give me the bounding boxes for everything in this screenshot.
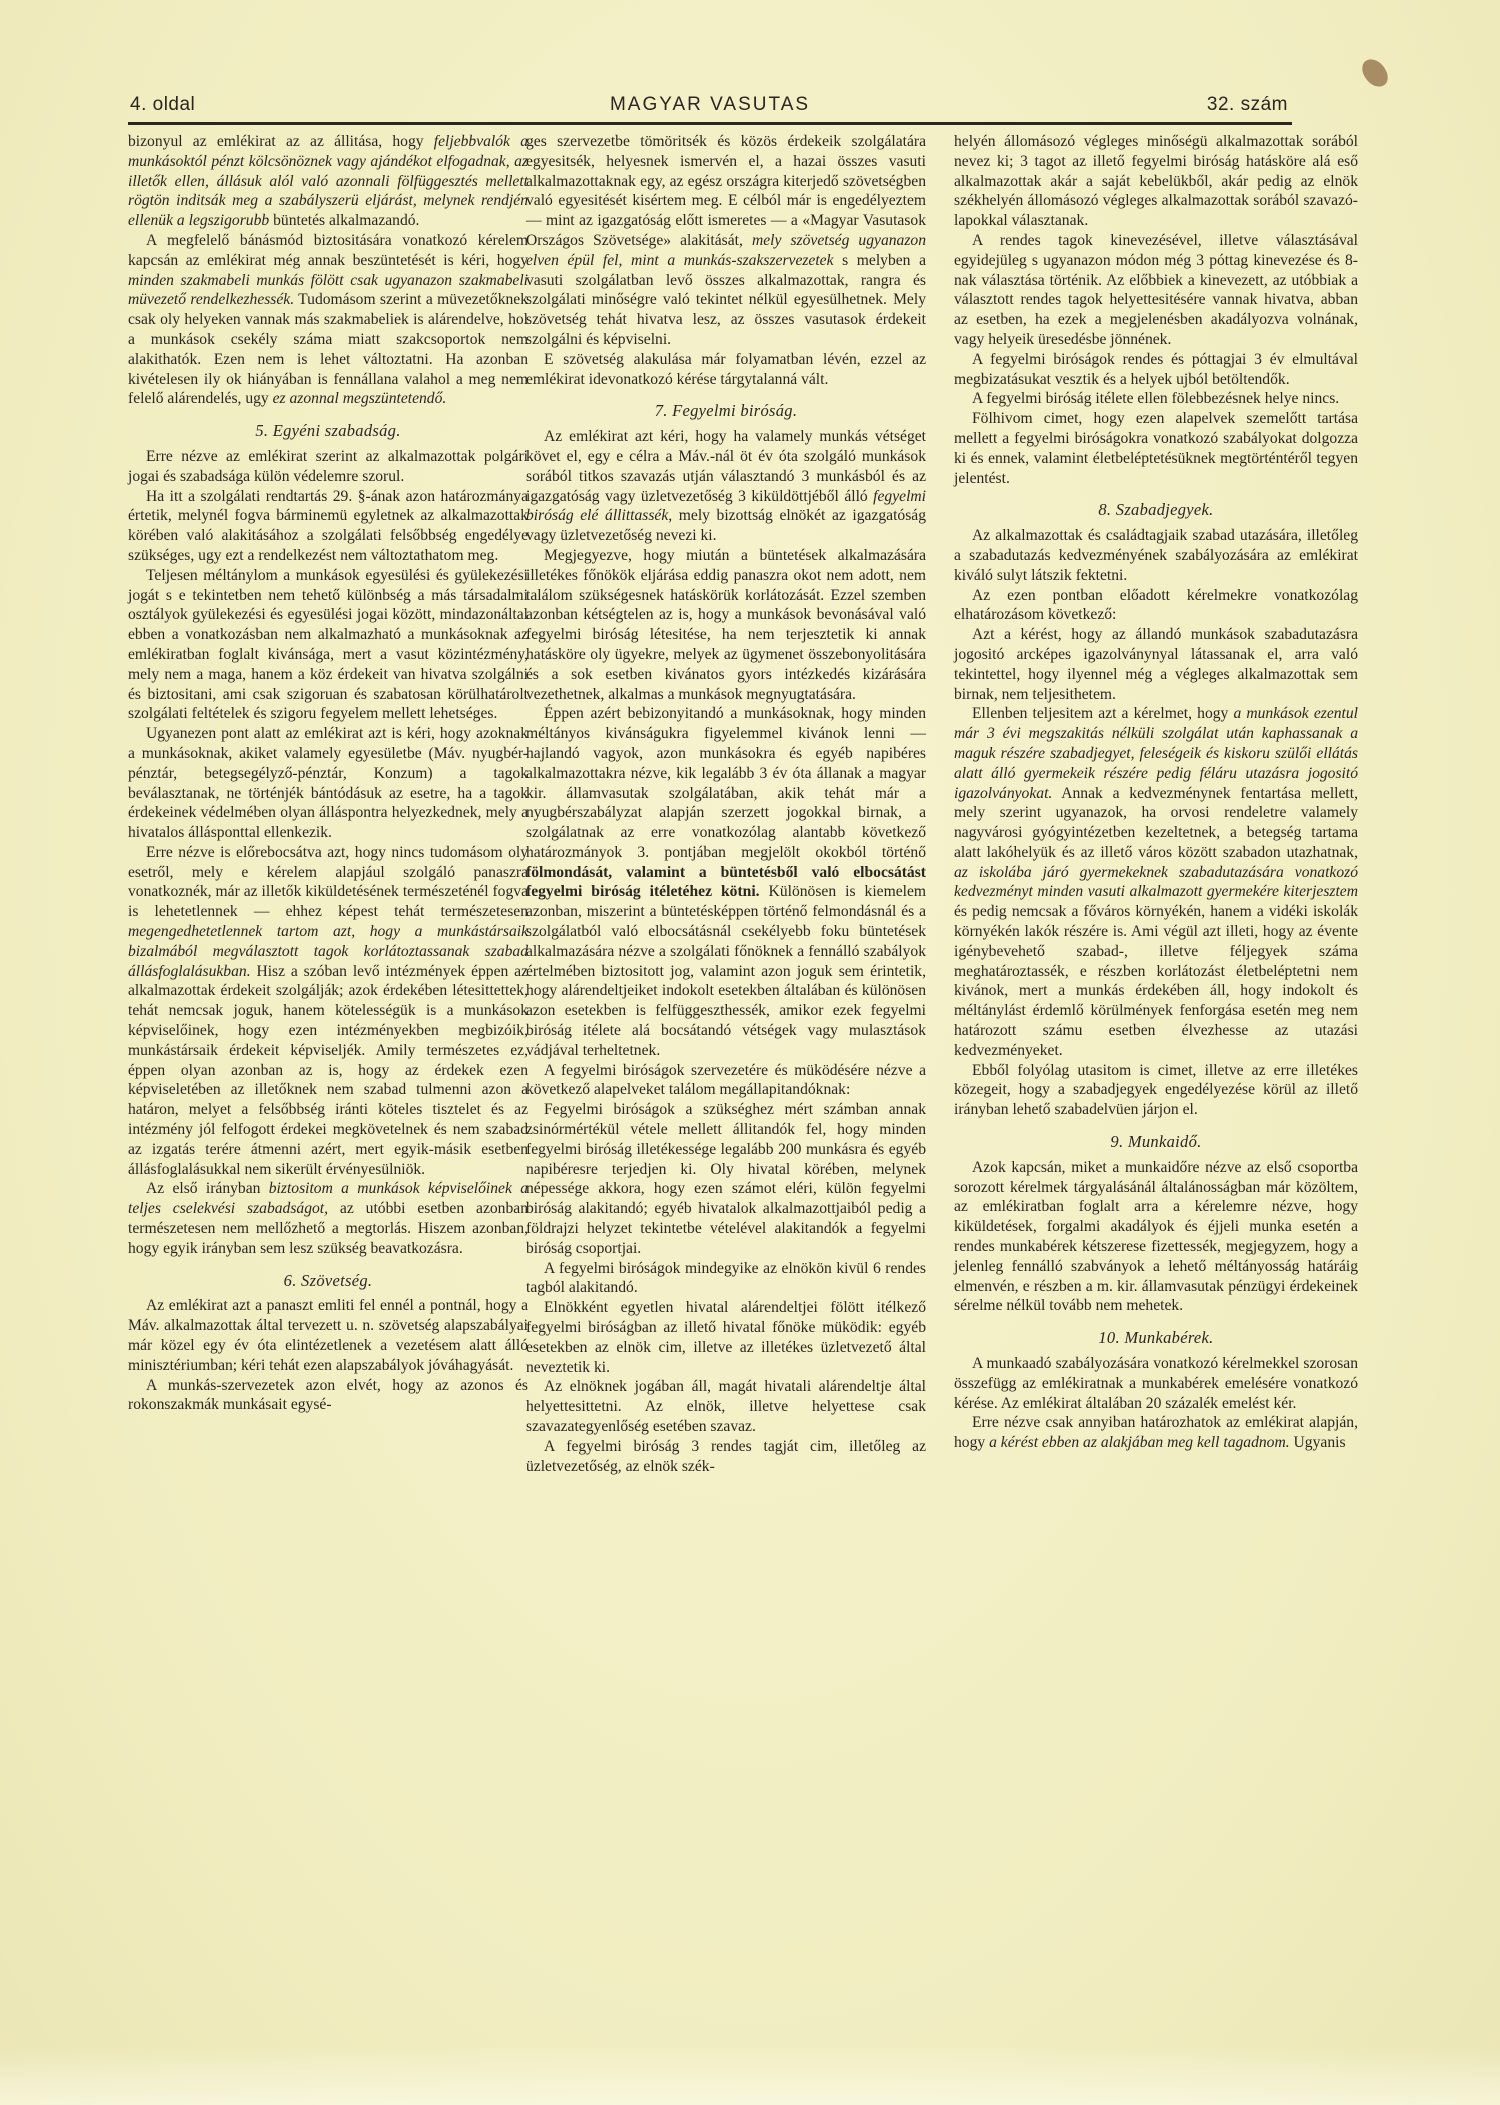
text-run: Az ezen pontban előadott kérelmekre vona… [954, 587, 1358, 624]
paragraph: Fegyelmi biróságok a szükséghez mért szá… [526, 1100, 926, 1258]
section-heading: 9. Munkaidő. [954, 1132, 1358, 1152]
column-2: ges szervezetbe tömöritsék és közös érde… [526, 132, 926, 1476]
newspaper-page: 4. oldal MAGYAR VASUTAS 32. szám bizonyu… [128, 86, 1292, 125]
text-run: Ebből folyólag utasitom is cimet, illetv… [954, 1062, 1358, 1119]
text-run: bizonyul az emlékirat az az állitása, ho… [128, 133, 434, 150]
text-run: Elnökként egyetlen hivatal alárendeltjei… [526, 1299, 926, 1375]
emphasis-text: az iskolába járó gyermekeknek szabadutaz… [954, 864, 1358, 901]
paragraph: Éppen azért bebizonyitandó a munkások­na… [526, 704, 926, 1060]
paragraph: bizonyul az emlékirat az az állitása, ho… [128, 132, 528, 231]
text-run: Ugyanis [1290, 1434, 1346, 1451]
column-1: bizonyul az emlékirat az az állitása, ho… [128, 132, 528, 1415]
text-run: A fegyelmi biróság itélete ellen fölebbe… [972, 390, 1339, 407]
paragraph: Fölhivom cimet, hogy ezen alapelvek szem… [954, 409, 1358, 488]
paragraph: ges szervezetbe tömöritsék és közös érde… [526, 132, 926, 350]
paragraph: Az első irányban biztositom a munkások k… [128, 1179, 528, 1258]
text-run: Hisz a szóban levő intézmények éppen az … [128, 963, 528, 1178]
text-run: A fegyelmi biróságok szervezetére és mük… [526, 1062, 926, 1099]
paragraph: A fegyelmi biróság itélete ellen fölebbe… [954, 389, 1358, 409]
text-run: Azok kapcsán, miket a munkaidőre nézve a… [954, 1159, 1358, 1315]
paragraph: Ugyanezen pont alatt az emlékirat azt is… [128, 724, 528, 843]
paper-tear-mark [1359, 55, 1392, 91]
text-run: Az elnöknek jogában áll, magát hivatali … [526, 1378, 926, 1435]
text-run: E szövetség alakulása már folyamatban lé… [526, 351, 926, 388]
section-heading: 6. Szövetség. [128, 1271, 528, 1291]
publication-title: MAGYAR VASUTAS [128, 94, 1292, 116]
paragraph: A fegyelmi biróság 3 rendes tagját cim, … [526, 1437, 926, 1477]
paragraph: A fegyelmi biróságok rendes és póttagjai… [954, 350, 1358, 390]
text-run: A munkaadó szabályozására vonatkozó kére… [954, 1355, 1358, 1412]
section-heading: 5. Egyéni szabadság. [128, 421, 528, 441]
section-heading: 7. Fegyelmi biróság. [526, 401, 926, 421]
text-run: Éppen azért bebizonyitandó a munkások­na… [526, 705, 926, 861]
paragraph: E szövetség alakulása már folyamatban lé… [526, 350, 926, 390]
text-run: A munkás-szervezetek azon elvét, hogy az… [128, 1377, 528, 1414]
text-run: Fölhivom cimet, hogy ezen alapelvek szem… [954, 410, 1358, 486]
column-3: helyén állomásozó végleges minőségü alka… [954, 132, 1358, 1453]
text-run: büntetés alkalmazandó. [269, 212, 419, 229]
paragraph: Erre nézve csak annyiban határozhatok az… [954, 1413, 1358, 1453]
paragraph: helyén állomásozó végleges minőségü alka… [954, 132, 1358, 231]
paragraph: Az alkalmazottak és családtagjaik szabad… [954, 526, 1358, 585]
text-run: Ugyanezen pont alatt az emlékirat azt is… [128, 725, 528, 841]
paragraph: Az emlékirat azt kéri, hogy ha valamely … [526, 427, 926, 546]
text-run: Ha itt a szolgálati rendtartás 29. §-ána… [128, 488, 528, 564]
text-run: A fegyelmi biróságok mindegyike az elnök… [526, 1260, 926, 1297]
text-run: A megfelelő bánásmód biztositására vo­na… [128, 232, 528, 269]
text-run: Azt a kérést, hogy az állandó munkások s… [954, 626, 1358, 702]
text-run: Az alkalmazottak és családtagjaik szabad… [954, 527, 1358, 584]
paragraph: Ha itt a szolgálati rendtartás 29. §-ána… [128, 487, 528, 566]
emphasis-text: a kérést ebben az alakjában meg kell tag… [989, 1434, 1290, 1451]
text-run: és pedig nemcsak a főváros környékén, ha… [954, 903, 1358, 1059]
paragraph: Megjegyezve, hogy miután a büntetések al… [526, 546, 926, 704]
paragraph: Azok kapcsán, miket a munkaidőre nézve a… [954, 1158, 1358, 1316]
paragraph: A munkaadó szabályozására vonatkozó kére… [954, 1354, 1358, 1413]
paragraph: Azt a kérést, hogy az állandó munkások s… [954, 625, 1358, 704]
paragraph: Az elnöknek jogában áll, magát hivatali … [526, 1377, 926, 1436]
text-run: Az első irányban [146, 1180, 269, 1197]
paragraph: A rendes tagok kinevezésével, illetve vá… [954, 231, 1358, 350]
emphasis-text: ez azonnal megszüntetendő. [273, 390, 447, 407]
paragraph: Teljesen méltánylom a munkások egye­sülé… [128, 566, 528, 724]
paragraph: Erre nézve is előrebocsátva azt, hogy ni… [128, 843, 528, 1180]
text-run: Fegyelmi biróságok a szükséghez mért szá… [526, 1101, 926, 1257]
text-run: Az emlékirat azt kéri, hogy ha valamely … [526, 428, 926, 504]
text-run: A fegyelmi biróság 3 rendes tagját cim, … [526, 1438, 926, 1475]
page-header: 4. oldal MAGYAR VASUTAS 32. szám [128, 86, 1292, 118]
header-rule [128, 122, 1292, 125]
paragraph: Az ezen pontban előadott kérelmekre vona… [954, 586, 1358, 626]
paragraph: Az emlékirat azt a panaszt emliti fel en… [128, 1296, 528, 1375]
text-run: A fegyelmi biróságok rendes és póttagjai… [954, 351, 1358, 388]
paragraph: A munkás-szervezetek azon elvét, hogy az… [128, 1376, 528, 1416]
text-run: helyén állomásozó végleges minőségü alka… [954, 133, 1358, 229]
text-run: Erre nézve is előrebocsátva azt, hogy ni… [128, 844, 528, 920]
issue-number: 32. szám [1207, 94, 1288, 116]
text-run: Erre nézve az emlékirat szerint az alkal… [128, 448, 528, 485]
paragraph: A megfelelő bánásmód biztositására vo­na… [128, 231, 528, 409]
paragraph: A fegyelmi biróságok mindegyike az elnök… [526, 1259, 926, 1299]
text-run: Külö­nösen is kiemelem azonban, miszerin… [526, 883, 926, 1058]
text-run: Megjegyezve, hogy miután a büntetések al… [526, 547, 926, 703]
paragraph: Ellenben teljesitem azt a kérelmet, hogy… [954, 704, 1358, 1060]
section-heading: 8. Szabadjegyek. [954, 500, 1358, 520]
article-body: bizonyul az emlékirat az az állitása, ho… [128, 132, 1292, 2082]
text-run: Az emlékirat azt a panaszt emliti fel en… [128, 1297, 528, 1373]
page-edge-wear [0, 2045, 1500, 2105]
paragraph: Elnökként egyetlen hivatal alárendeltjei… [526, 1298, 926, 1377]
paragraph: Ebből folyólag utasitom is cimet, illetv… [954, 1061, 1358, 1120]
paragraph: A fegyelmi biróságok szervezetére és mük… [526, 1061, 926, 1101]
text-run: A rendes tagok kinevezésével, illetve vá… [954, 232, 1358, 348]
text-run: Teljesen méltánylom a munkások egye­sülé… [128, 567, 528, 723]
paragraph: Erre nézve az emlékirat szerint az alkal… [128, 447, 528, 487]
text-run: Ellenben teljesitem azt a kérelmet, hogy [972, 705, 1233, 722]
section-heading: 10. Munkabérek. [954, 1328, 1358, 1348]
